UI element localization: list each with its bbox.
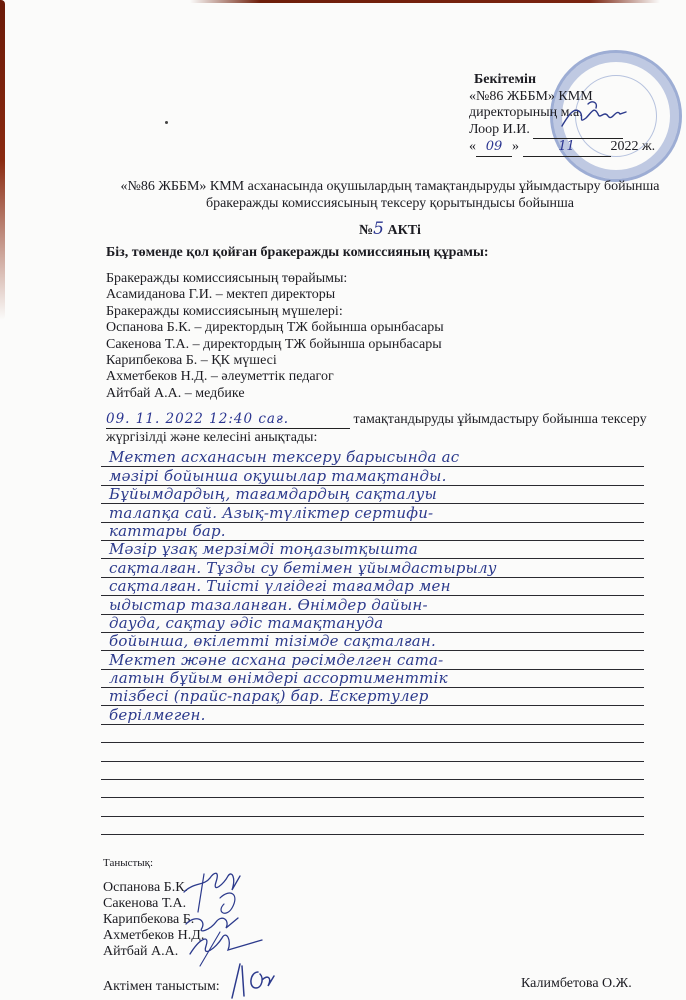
member-line: Бракеражды комиссиясының төрайымы: (106, 271, 444, 287)
approval-block: Бекітемін «№86 ЖББМ» КММ директорының м.… (469, 72, 655, 157)
act-prefix: № (359, 223, 373, 238)
handwritten-finding: латын бұйым өнімдері ассортименттік (109, 669, 448, 687)
handwritten-finding: берілмеген. (109, 706, 206, 724)
paper-edge-left (0, 0, 5, 320)
ruled-line: сақталған. Тұзды су бетімен ұйымдастырыл… (101, 559, 644, 577)
acquainted-final-label: Актімен таныстым: (103, 979, 220, 995)
ruled-line: талапқа сай. Азық-түліктер сертифи- (101, 504, 644, 522)
approval-org: «№86 ЖББМ» КММ (469, 89, 655, 106)
ruled-line (101, 798, 644, 816)
ruled-line: каттары бар. (101, 523, 644, 541)
approval-date: «09» 112022 ж. (469, 139, 655, 157)
ruled-line: ыдыстар тазаланған. Өнімдер дайын- (101, 596, 644, 614)
act-number: №5 АКТі (100, 219, 680, 239)
ruled-line: Бұйымдардың, тағамдардың сақталуы (101, 486, 644, 504)
ruled-line: бойынша, өкілетті тізімде сақталған. (101, 633, 644, 651)
approval-name-line: Лоор И.И. (469, 122, 655, 140)
quote-open: « (469, 139, 476, 154)
date-month-field: 11 (523, 139, 611, 157)
inspection-text: тамақтандыруды ұйымдастыру бойынша тексе… (354, 412, 647, 427)
handwritten-finding: сақталған. Тұзды су бетімен ұйымдастырыл… (109, 559, 497, 577)
ruled-line (101, 762, 644, 780)
date-year: 2022 ж. (611, 139, 656, 154)
ruled-line: дауда, сақтау әдіс тамақтануда (101, 615, 644, 633)
handwritten-finding: каттары бар. (109, 522, 226, 540)
member-line: Сакенова Т.А. – директордың ТЖ бойынша о… (106, 337, 444, 353)
acquainted-heading: Таныстық: (103, 857, 153, 869)
acquainted-name: Айтбай А.А. (103, 944, 204, 960)
inspection-text-2: жүргізілді және келесіні анықтады: (106, 429, 666, 446)
date-day-field: 09 (476, 139, 512, 157)
member-line: Айтбай А.А. – медбике (106, 386, 444, 402)
handwritten-finding: бойынша, өкілетті тізімде сақталған. (109, 632, 436, 650)
acquainted-name: Сакенова Т.А. (103, 896, 204, 912)
ruled-line: Мектеп және асхана рәсімделген сата- (101, 651, 644, 669)
handwritten-finding: ыдыстар тазаланған. Өнімдер дайын- (109, 596, 428, 614)
ruled-line: латын бұйым өнімдері ассортименттік (101, 670, 644, 688)
speck (165, 121, 168, 124)
ruled-line: Мектеп асханасын тексеру барысында ас (101, 449, 644, 467)
acquainted-final-name: Калимбетова О.Ж. (521, 976, 632, 992)
member-line: Бракеражды комиссиясының мүшелері: (106, 304, 444, 320)
acquainted-name: Ахметбеков Н.Д. (103, 928, 204, 944)
handwritten-date-time: 09. 11. 2022 12:40 сағ. (106, 411, 350, 429)
approval-name: Лоор И.И. (469, 122, 530, 137)
member-line: Оспанова Б.К. – директордың ТЖ бойынша о… (106, 320, 444, 336)
date-day: 09 (486, 139, 503, 154)
title-line-2: бракеражды комиссиясының тексеру қорытын… (100, 195, 680, 212)
acquainted-name: Карипбекова Б. (103, 912, 204, 928)
final-signature (228, 958, 278, 1000)
quote-close: » (512, 139, 519, 154)
signature-blank (533, 122, 623, 140)
handwritten-finding: Бұйымдардың, тағамдардың сақталуы (109, 485, 437, 503)
ruled-line (101, 743, 644, 761)
document-title: «№86 ЖББМ» КММ асханасында оқушылардың т… (100, 178, 680, 212)
approval-label: Бекітемін (469, 72, 655, 89)
date-month: 11 (558, 139, 575, 154)
ruled-line (101, 780, 644, 798)
handwritten-finding: Мектеп асханасын тексеру барысында ас (109, 448, 459, 466)
acquainted-list: Оспанова Б.К. Сакенова Т.А. Карипбекова … (103, 880, 204, 960)
commission-members: Бракеражды комиссиясының төрайымы: Асами… (106, 271, 444, 402)
member-line: Карипбекова Б. – ҚК мүшесі (106, 353, 444, 369)
inspection-statement: 09. 11. 2022 12:40 сағ. тамақтандыруды ұ… (106, 411, 666, 446)
commission-heading: Біз, төменде қол қойған бракеражды комис… (106, 245, 489, 261)
handwritten-finding: сақталған. Тиісті үлгідегі тағамдар мен (109, 577, 451, 595)
approval-position: директорының м.а. (469, 105, 655, 122)
ruled-line: мәзірі бойынша оқушылар тамақтанды. (101, 467, 644, 485)
ruled-line (101, 725, 644, 743)
handwritten-finding: Мәзір ұзақ мерзімді тоңазытқышта (109, 540, 418, 558)
handwritten-finding: дауда, сақтау әдіс тамақтануда (109, 614, 383, 632)
ruled-line: тізбесі (прайс-парақ) бар. Ескертулер (101, 688, 644, 706)
ruled-line: берілмеген. (101, 706, 644, 724)
paper-edge-top (190, 0, 660, 3)
handwritten-finding: Мектеп және асхана рәсімделген сата- (109, 651, 443, 669)
act-number-value: 5 (373, 219, 384, 239)
ruled-line: сақталған. Тиісті үлгідегі тағамдар мен (101, 578, 644, 596)
member-line: Асамиданова Г.И. – мектеп директоры (106, 287, 444, 303)
ruled-line (101, 817, 644, 835)
ruled-line: Мәзір ұзақ мерзімді тоңазытқышта (101, 541, 644, 559)
member-line: Ахметбеков Н.Д. – әлеуметтік педагог (106, 369, 444, 385)
handwritten-finding: мәзірі бойынша оқушылар тамақтанды. (109, 467, 447, 485)
handwritten-finding: талапқа сай. Азық-түліктер сертифи- (109, 504, 433, 522)
title-line-1: «№86 ЖББМ» КММ асханасында оқушылардың т… (100, 178, 680, 195)
handwritten-finding: тізбесі (прайс-парақ) бар. Ескертулер (109, 687, 429, 705)
findings-ruled-lines: Мектеп асханасын тексеру барысында ас мә… (101, 449, 644, 835)
act-label: АКТі (387, 223, 421, 238)
acquainted-name: Оспанова Б.К. (103, 880, 204, 896)
